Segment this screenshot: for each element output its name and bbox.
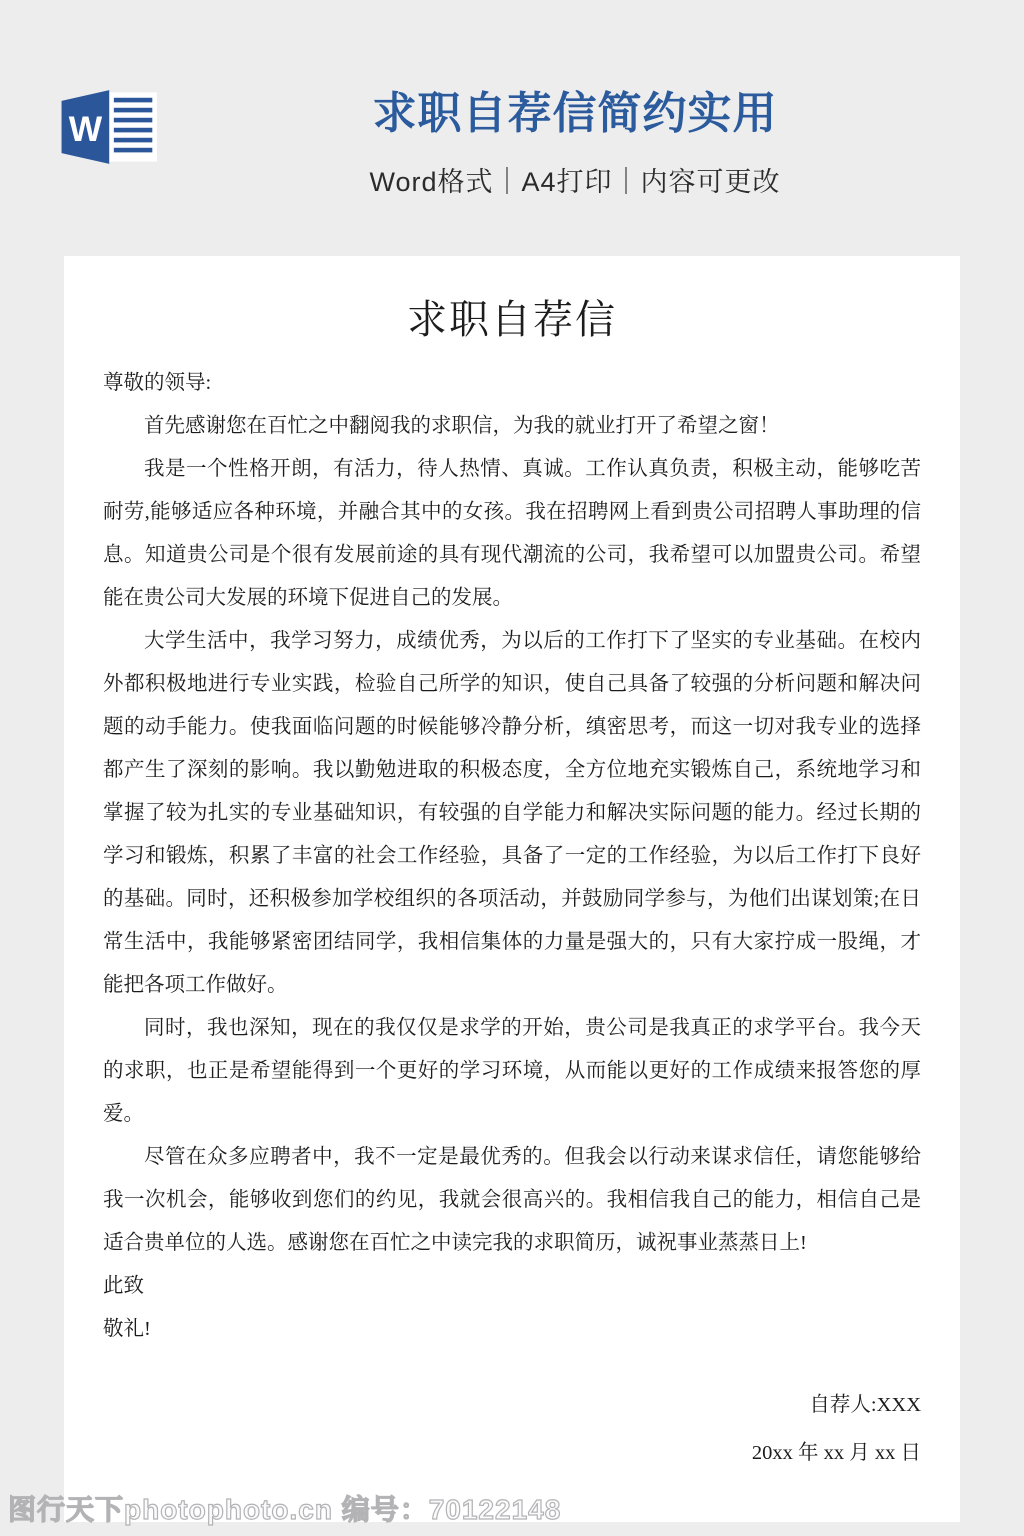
paragraph: 首先感谢您在百忙之中翻阅我的求职信，为我的就业打开了希望之窗！: [103, 405, 921, 448]
header-subtitle: Word格式｜A4打印｜内容可更改: [320, 160, 830, 199]
letter-title: 求职自荐信: [103, 296, 921, 344]
paragraph: 同时，我也深知，现在的我仅仅是求学的开始，贵公司是我真正的求学平台。我今天的求职…: [103, 1007, 921, 1136]
app-header: W 求职自荐信简约实用 Word格式｜A4打印｜内容可更改: [0, 0, 1024, 256]
signature-block: 自荐人:XXX 20xx 年 xx 月 xx 日: [103, 1381, 921, 1477]
watermark: 图行天下photophoto.cn 编号：70122148: [8, 1488, 561, 1528]
signature-name: 自荐人:XXX: [103, 1381, 921, 1429]
salutation: 尊敬的领导:: [103, 362, 921, 405]
paragraph: 尽管在众多应聘者中，我不一定是最优秀的。但我会以行动来谋求信任，请您能够给我一次…: [103, 1136, 921, 1265]
letter-body: 尊敬的领导: 首先感谢您在百忙之中翻阅我的求职信，为我的就业打开了希望之窗！ 我…: [103, 362, 921, 1351]
header-title: 求职自荐信简约实用: [320, 90, 830, 138]
paragraph: 我是一个性格开朗，有活力，待人热情、真诚。工作认真负责，积极主动，能够吃苦耐劳,…: [103, 448, 921, 620]
closing-cizhi: 此致: [103, 1265, 921, 1308]
word-logo-icon: W: [60, 86, 160, 168]
closing-jingli: 敬礼!: [103, 1308, 921, 1351]
paragraph: 大学生活中，我学习努力，成绩优秀，为以后的工作打下了坚实的专业基础。在校内外都积…: [103, 620, 921, 1007]
word-icon-w-letter: W: [69, 110, 103, 149]
signature-date: 20xx 年 xx 月 xx 日: [103, 1429, 921, 1477]
letter-page: 求职自荐信 尊敬的领导: 首先感谢您在百忙之中翻阅我的求职信，为我的就业打开了希…: [64, 256, 960, 1522]
template-poster: { "colors": { "background": "#ededee", "…: [0, 0, 1024, 1536]
header-text-block: 求职自荐信简约实用 Word格式｜A4打印｜内容可更改: [320, 90, 830, 199]
